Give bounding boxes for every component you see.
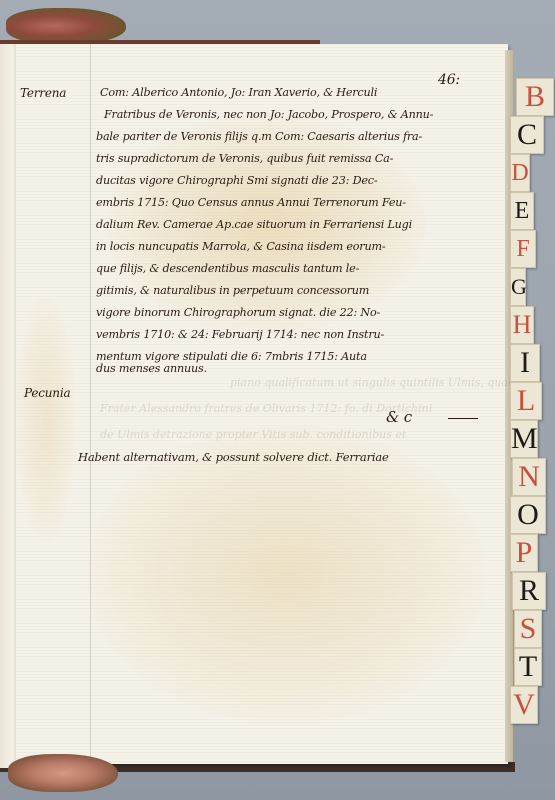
text-line: gitimis, & naturalibus in perpetuum conc… [96,284,369,297]
text-line: Com: Alberico Antonio, Jo: Iran Xaverio,… [100,86,377,99]
index-tab-f[interactable]: F [510,230,536,268]
text-line: dalium Rev. Camerae Ap.cae situorum in F… [96,218,412,231]
index-tab-n[interactable]: N [512,458,546,496]
text-line: embris 1715: Quo Census annus Annui Terr… [96,196,406,209]
closing-mark: & c [386,408,412,426]
margin-rule [90,44,91,768]
ribbon-tassel-top [6,8,126,44]
ribbon-tassel-bottom [8,754,118,792]
text-line: dus menses annuus. [96,362,207,375]
index-tab-c[interactable]: C [510,116,544,154]
text-line: que filijs, & descendentibus masculis ta… [96,262,359,275]
margin-note-pecunia: Pecunia [24,386,70,400]
text-line: Fratribus de Veronis, nec non Jo: Jacobo… [104,108,433,121]
text-line: bale pariter de Veronis filijs q.m Com: … [96,130,422,143]
index-tab-h[interactable]: H [510,306,534,344]
closing-flourish [448,418,478,419]
index-tab-o[interactable]: O [510,496,546,534]
text-line: ducitas vigore Chirographi Smi signati d… [96,174,377,187]
text-line: vembris 1710: & 24: Februarij 1714: nec … [96,328,384,341]
index-tab-g[interactable]: G [510,268,526,306]
index-tab-i[interactable]: I [510,344,540,382]
margin-note-terrena: Terrena [20,86,66,100]
final-line: Habent alternativam, & possunt solvere d… [78,450,389,464]
paper-stain [86,424,486,724]
index-tab-d[interactable]: D [510,154,530,192]
index-tab-r[interactable]: R [512,572,546,610]
text-line: in locis nuncupatis Marrola, & Casina ii… [96,240,385,253]
text-line: vigore binorum Chirographorum signat. di… [96,306,380,319]
index-tab-l[interactable]: L [510,382,542,420]
index-tab-e[interactable]: E [510,192,534,230]
index-tab-m[interactable]: M [510,420,538,458]
index-tab-p[interactable]: P [510,534,538,572]
index-tab-s[interactable]: S [514,610,542,648]
paper-stain [16,294,76,544]
index-tab-v[interactable]: V [510,686,538,724]
index-tab-b[interactable]: B [516,78,554,116]
index-tab-t[interactable]: T [514,648,542,686]
folio-number: 46: [438,72,460,88]
text-line: tris supradictorum de Veronis, quibus fu… [96,152,393,165]
